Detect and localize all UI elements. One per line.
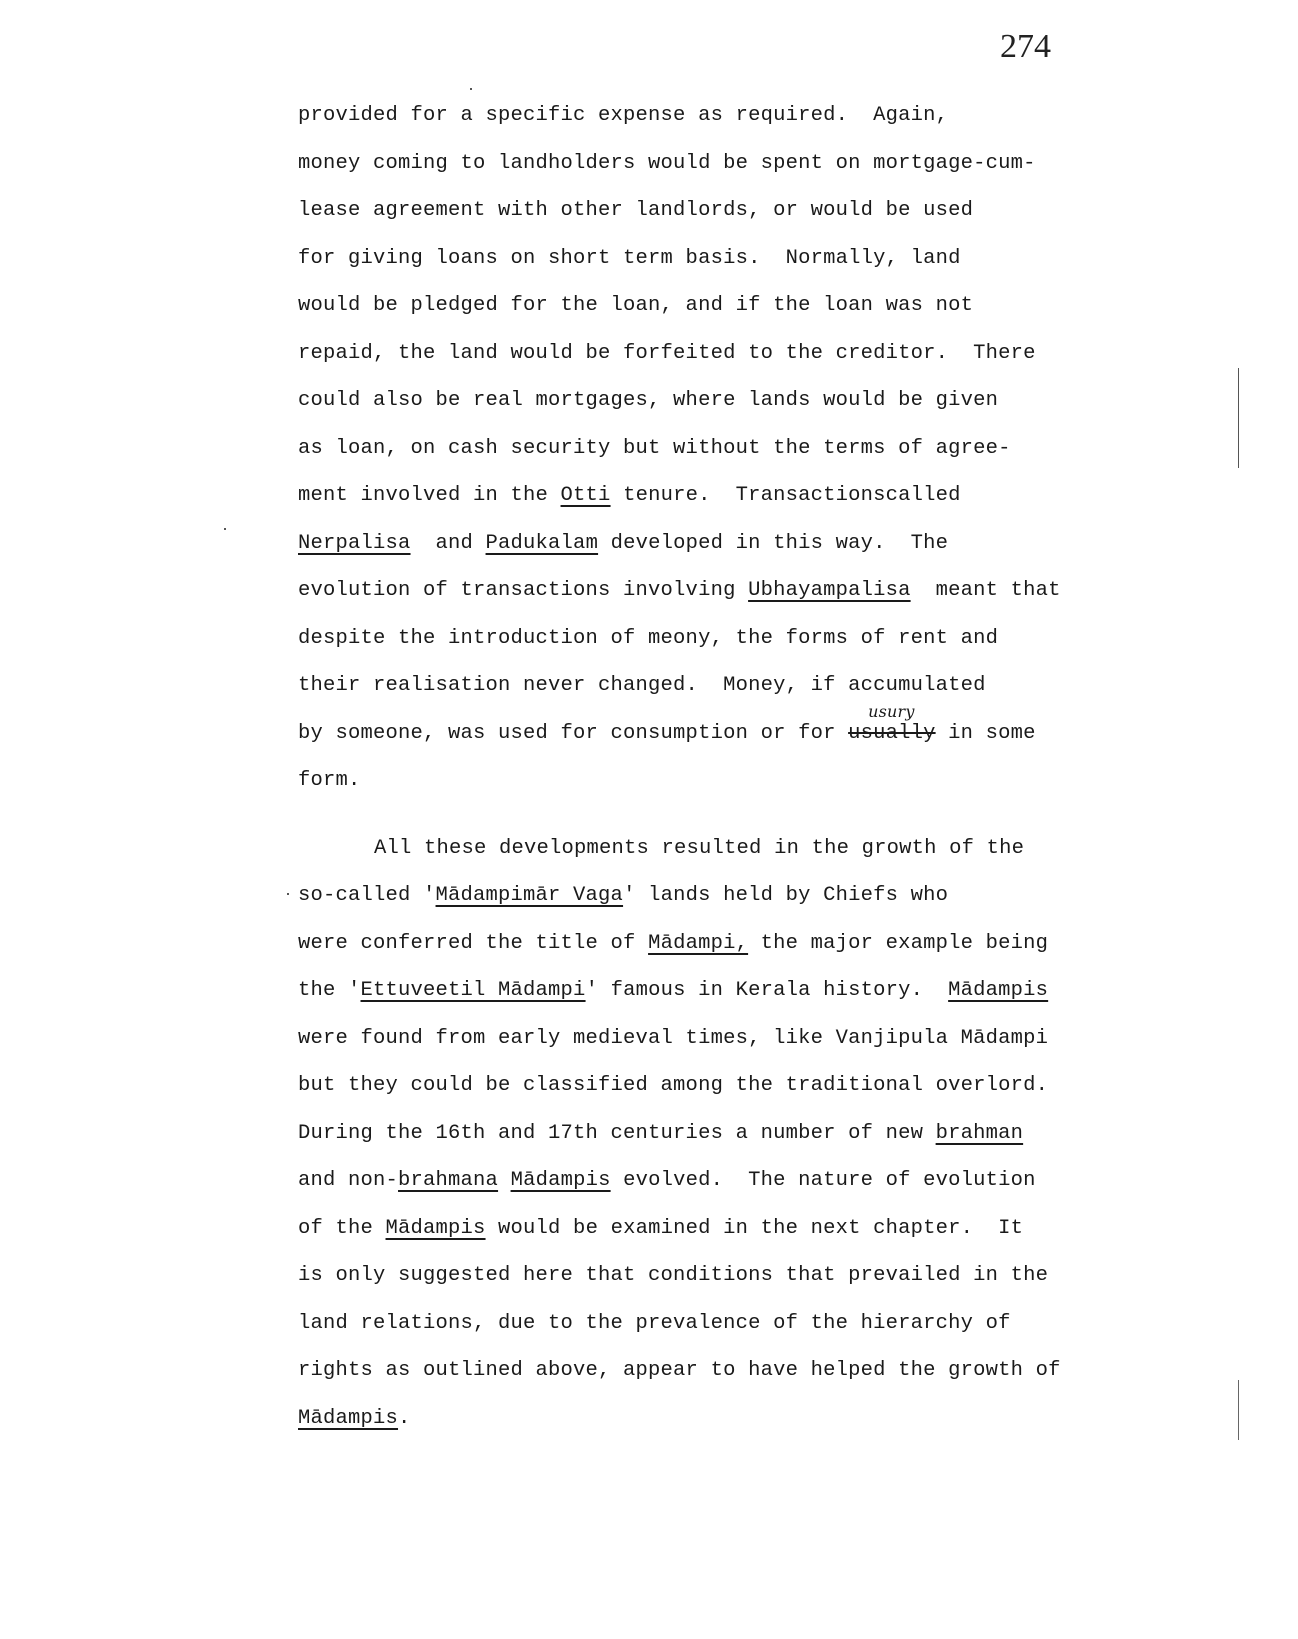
text-line: form. [298,763,1198,811]
underlined-term: Mādampis [948,979,1048,1002]
text-run: ' lands held by Chiefs who [623,884,948,907]
underlined-term: Ubhayampalisa [748,579,911,602]
text-line: and non-brahmana Mādampis evolved. The n… [298,1163,1198,1211]
text-run [498,1169,511,1192]
text-run: tenure. Transactionscalled [611,484,961,507]
text-run: by someone, was used for consumption or … [298,722,848,745]
text-run: would be examined in the next chapter. I… [486,1217,1024,1240]
text-run: as loan, on cash security but without th… [298,437,1011,460]
text-line: so-called 'Mādampimār Vaga' lands held b… [298,878,1198,926]
text-run: the major example being [748,932,1048,955]
text-run: but they could be classified among the t… [298,1074,1048,1097]
text-run: lease agreement with other landlords, or… [298,199,973,222]
underlined-term: brahman [936,1122,1024,1145]
underlined-term: Otti [561,484,611,507]
text-line: All these developments resulted in the g… [298,831,1198,879]
scan-edge-line [1238,368,1239,468]
text-line: Nerpalisa and Padukalam developed in thi… [298,526,1198,574]
underlined-term: Mādampimār Vaga [436,884,624,907]
scan-speck [470,88,472,90]
text-run: evolution of transactions involving [298,579,748,602]
text-line: evolution of transactions involving Ubha… [298,573,1198,621]
text-run: could also be real mortgages, where land… [298,389,998,412]
document-body: provided for a specific expense as requi… [298,98,1198,1448]
text-line: were conferred the title of Mādampi, the… [298,926,1198,974]
underlined-term: Mādampis [511,1169,611,1192]
text-line: were found from early medieval times, li… [298,1021,1198,1069]
text-run: ' famous in Kerala history. [586,979,949,1002]
text-run: so-called ' [298,884,436,907]
text-line: lease agreement with other landlords, or… [298,193,1198,241]
text-run: meant that [911,579,1061,602]
text-run: for giving loans on short term basis. No… [298,247,961,270]
text-run: is only suggested here that conditions t… [298,1264,1048,1287]
text-line: During the 16th and 17th centuries a num… [298,1116,1198,1164]
text-run: During the 16th and 17th centuries a num… [298,1122,936,1145]
text-line: land relations, due to the prevalence of… [298,1306,1198,1354]
text-line: would be pledged for the loan, and if th… [298,288,1198,336]
text-line: but they could be classified among the t… [298,1068,1198,1116]
paragraph: All these developments resulted in the g… [298,831,1198,1449]
text-line: could also be real mortgages, where land… [298,383,1198,431]
text-line: their realisation never changed. Money, … [298,668,1198,716]
underlined-term: Mādampis [298,1407,398,1430]
underlined-term: brahmana [398,1169,498,1192]
text-run: land relations, due to the prevalence of… [298,1312,1011,1335]
text-run: and non- [298,1169,398,1192]
underlined-term: Mādampi, [648,932,748,955]
text-line: despite the introduction of meony, the f… [298,621,1198,669]
text-line: rights as outlined above, appear to have… [298,1353,1198,1401]
text-line: is only suggested here that conditions t… [298,1258,1198,1306]
text-run: were conferred the title of [298,932,648,955]
scan-speck [224,528,226,530]
text-line: provided for a specific expense as requi… [298,98,1198,146]
text-run: evolved. The nature of evolution [611,1169,1036,1192]
text-run: were found from early medieval times, li… [298,1027,1048,1050]
underlined-term: Padukalam [486,532,599,555]
text-run: money coming to landholders would be spe… [298,152,1036,175]
handwritten-correction: usuallyusury [848,716,936,752]
paragraph: provided for a specific expense as requi… [298,98,1198,811]
underlined-term: Mādampis [386,1217,486,1240]
text-line: for giving loans on short term basis. No… [298,241,1198,289]
correction-text: usury [868,694,915,730]
text-run: form. [298,769,361,792]
scan-edge-line [1238,1380,1239,1440]
text-line: repaid, the land would be forfeited to t… [298,336,1198,384]
page-number: 274 [1000,28,1051,66]
text-line: of the Mādampis would be examined in the… [298,1211,1198,1259]
scan-speck [287,893,289,895]
text-run: despite the introduction of meony, the f… [298,627,998,650]
text-run: ment involved in the [298,484,561,507]
text-line: money coming to landholders would be spe… [298,146,1198,194]
text-run: rights as outlined above, appear to have… [298,1359,1061,1382]
text-run: of the [298,1217,386,1240]
text-line: ment involved in the Otti tenure. Transa… [298,478,1198,526]
underlined-term: Nerpalisa [298,532,411,555]
text-run: repaid, the land would be forfeited to t… [298,342,1036,365]
underlined-term: Ettuveetil Mādampi [361,979,586,1002]
text-run: developed in this way. The [598,532,948,555]
text-run: would be pledged for the loan, and if th… [298,294,973,317]
text-run: and [411,532,486,555]
text-line: as loan, on cash security but without th… [298,431,1198,479]
text-run: in some [936,722,1036,745]
text-run: the ' [298,979,361,1002]
text-line: Mādampis. [298,1401,1198,1449]
text-line: the 'Ettuveetil Mādampi' famous in Keral… [298,973,1198,1021]
text-line: by someone, was used for consumption or … [298,716,1198,764]
text-run: provided for a specific expense as requi… [298,104,948,127]
text-run: . [398,1407,411,1430]
text-run: All these developments resulted in the g… [374,837,1024,860]
